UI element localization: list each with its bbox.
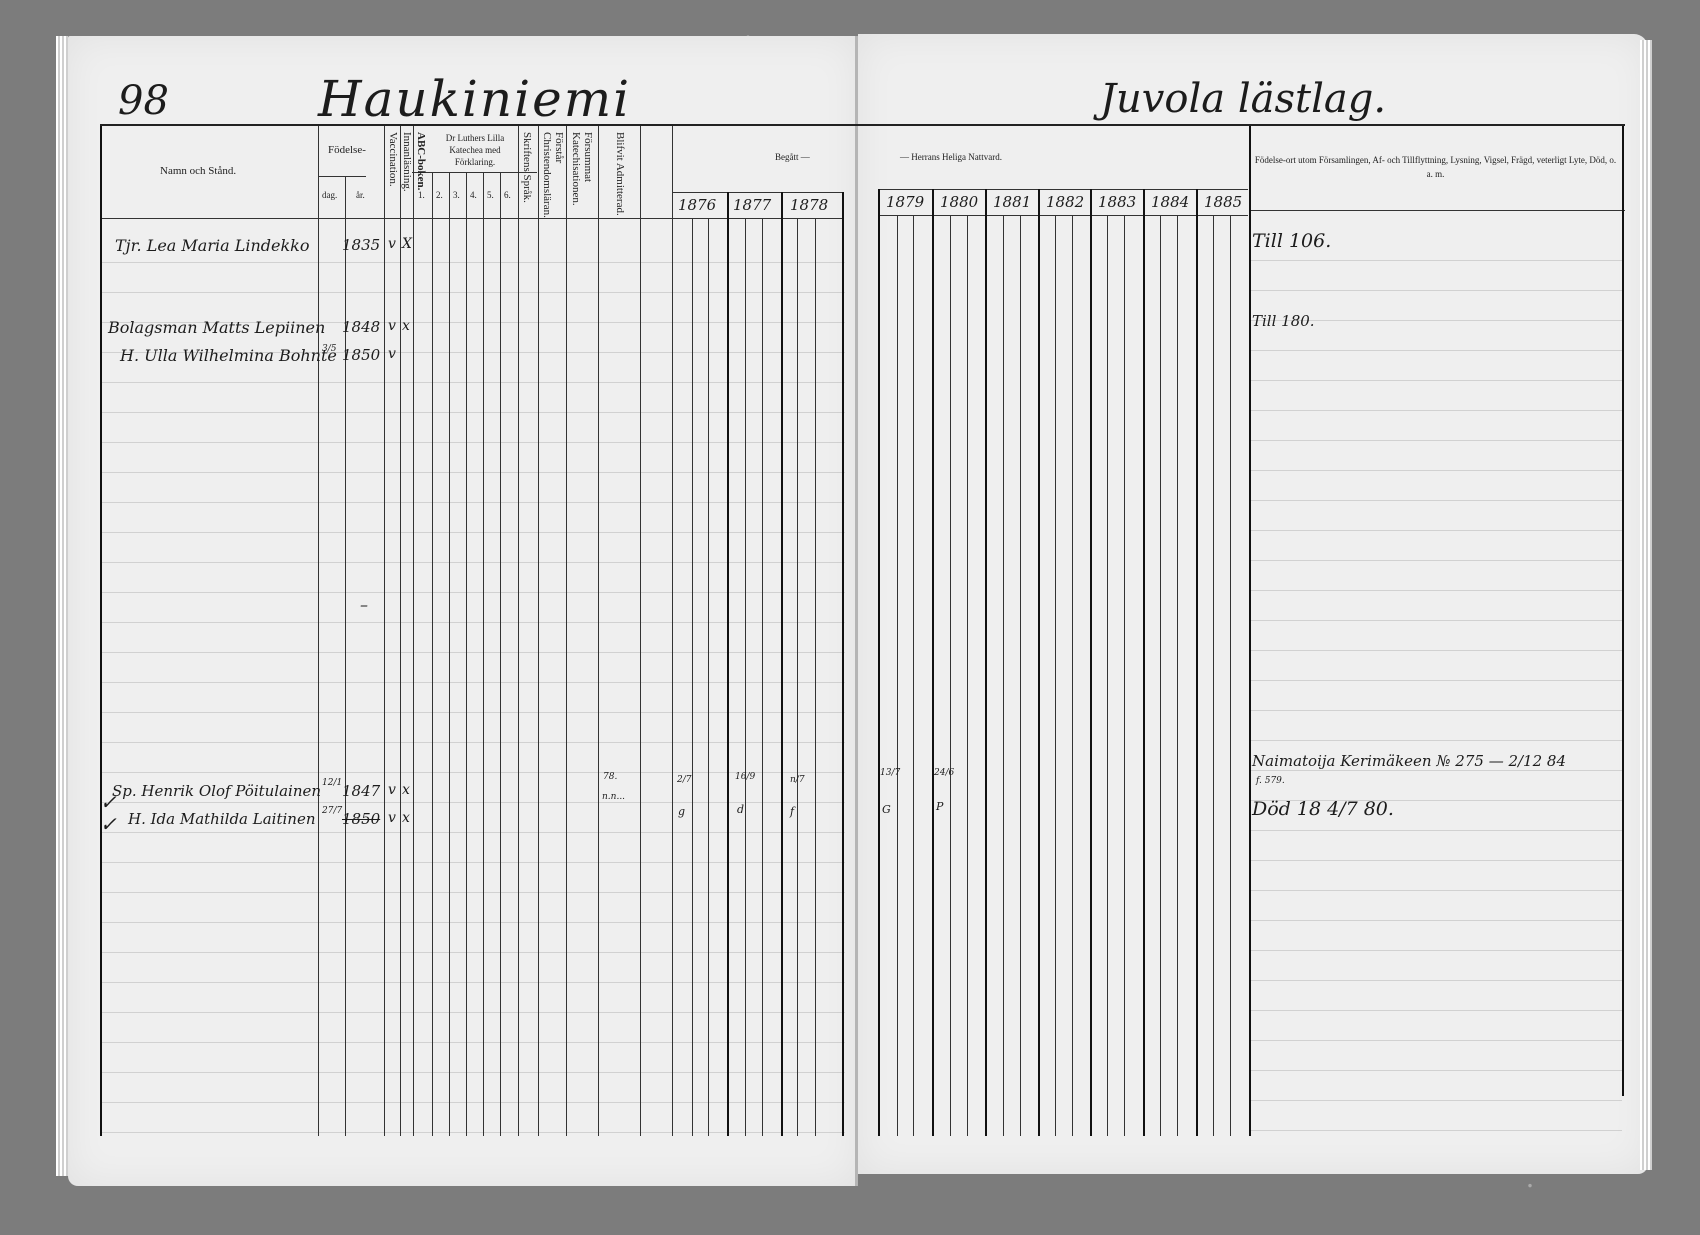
ruled-line	[100, 772, 845, 773]
ruled-line	[100, 472, 845, 473]
catechism-part-2: 2.	[436, 190, 443, 200]
ruled-line	[100, 742, 845, 743]
mark-1879-sign: G	[882, 803, 891, 816]
ruled-line	[1250, 830, 1622, 831]
entry-vacc: v	[388, 236, 396, 252]
entry-name: Bolagsman Matts Lepiinen	[108, 318, 325, 337]
ruled-line	[1250, 680, 1622, 681]
check-mark: ✓	[100, 812, 117, 836]
col-line	[413, 126, 414, 1136]
header-name: Namn och Stånd.	[160, 165, 236, 177]
header-catechisation: Försummat Katechisationen.	[572, 132, 594, 217]
ruled-line	[100, 952, 845, 953]
col-line	[1055, 215, 1056, 1136]
entry-read: x	[402, 318, 410, 334]
ruled-line	[100, 892, 845, 893]
remark-transfer-180: Till 180.	[1252, 312, 1315, 330]
header-top-rule-left	[100, 124, 860, 126]
col-line	[1177, 215, 1178, 1136]
ruled-line	[100, 1102, 845, 1103]
ruled-line	[100, 832, 845, 833]
col-line	[598, 126, 599, 1136]
col-line	[384, 126, 385, 1136]
header-scripture: Skriftens Språk.	[521, 132, 533, 217]
ruled-line	[1250, 500, 1622, 501]
ruled-line	[1250, 440, 1622, 441]
col-line	[400, 126, 401, 1136]
col-line	[483, 172, 484, 1136]
col-line	[745, 218, 746, 1136]
mark-1880-sign: P	[936, 800, 943, 813]
ruled-line	[1250, 1130, 1622, 1131]
mark-1876-date: 2/7	[677, 775, 691, 785]
ruled-line	[1250, 530, 1622, 531]
col-line	[913, 215, 914, 1136]
col-line	[1072, 215, 1073, 1136]
ruled-line	[1250, 350, 1622, 351]
header-birth-day: dag.	[322, 190, 337, 200]
village-title: Haukiniemi	[318, 70, 631, 128]
dash-mark: –	[360, 595, 368, 614]
ruled-line	[100, 562, 845, 563]
entry-name: H. Ulla Wilhelmina Bohnte	[120, 346, 337, 365]
mark-1877-date: 16/9	[735, 772, 755, 782]
page-edge-left	[56, 36, 68, 1176]
header-begatt: Begått —	[775, 152, 810, 162]
mark-1879-date: 13/7	[880, 768, 900, 778]
col-line	[950, 215, 951, 1136]
ruled-line	[100, 1132, 845, 1133]
ruled-line	[100, 382, 845, 383]
year-1880: 1880	[940, 193, 978, 211]
col-line	[500, 172, 501, 1136]
catechism-part-4: 4.	[470, 190, 477, 200]
entry-year: 1850	[342, 810, 380, 828]
col-line	[640, 126, 641, 1136]
mark-christendom-2: n.n...	[602, 792, 625, 802]
col-line	[432, 172, 433, 1136]
mark-1880-date: 24/6	[934, 768, 954, 778]
ruled-line	[1250, 1070, 1622, 1071]
remark-page-ref: f. 579.	[1256, 776, 1285, 786]
entry-day: 12/1	[322, 778, 342, 788]
entry-year: 1850	[342, 346, 380, 364]
mark-1876-sign: g	[678, 805, 685, 818]
col-line	[967, 215, 968, 1136]
remarks-column-border	[1249, 126, 1251, 1136]
col-line	[708, 218, 709, 1136]
header-christendom: Förstår Christendomsläran.	[543, 132, 565, 217]
ruled-line	[1250, 620, 1622, 621]
ruled-line	[100, 502, 845, 503]
lastlag-title: Juvola lästlag.	[1100, 76, 1386, 122]
col-line	[1020, 215, 1021, 1136]
ruled-line	[1250, 560, 1622, 561]
col-line	[538, 126, 539, 1136]
ruled-line	[100, 1012, 845, 1013]
left-table-border	[100, 126, 102, 1136]
page-number: 98	[118, 78, 169, 124]
ruled-line	[1250, 890, 1622, 891]
entry-year: 1848	[342, 318, 380, 336]
remarks-header-bottom	[1250, 210, 1625, 211]
col-line	[1107, 215, 1108, 1136]
year-col-line	[727, 192, 729, 1136]
mark-1878-date: n/7	[790, 775, 805, 785]
mark-1877-sign: d	[737, 803, 744, 816]
header-birth-year: år.	[356, 190, 365, 200]
ruled-line	[1250, 980, 1622, 981]
entry-vacc: v	[388, 810, 396, 826]
ruled-line	[100, 712, 845, 713]
col-line	[566, 126, 567, 1136]
col-line	[466, 172, 467, 1136]
year-col-line	[1090, 189, 1092, 1136]
col-line	[318, 126, 319, 1136]
mark-1878-sign: f	[790, 805, 794, 818]
ruled-line	[1250, 410, 1622, 411]
page-edge-right	[1640, 40, 1652, 1170]
remark-death: Död 18 4/7 80.	[1252, 798, 1394, 820]
col-line	[1230, 215, 1231, 1136]
ruled-line	[1250, 1100, 1622, 1101]
col-line	[1124, 215, 1125, 1136]
year-row-top-left	[672, 192, 842, 193]
ruled-line	[1250, 650, 1622, 651]
ruled-line	[1250, 1010, 1622, 1011]
year-col-line	[1196, 189, 1198, 1136]
year-col-line	[985, 189, 987, 1136]
ruled-line	[100, 1042, 845, 1043]
catechism-part-3: 3.	[453, 190, 460, 200]
mark-christendom: 78.	[603, 772, 617, 782]
ruled-line	[100, 442, 845, 443]
ruled-line	[100, 982, 845, 983]
year-1877: 1877	[733, 196, 771, 214]
birth-sub-rule	[318, 176, 366, 177]
year-1876: 1876	[678, 196, 716, 214]
ruled-line	[1250, 710, 1622, 711]
ruled-line	[100, 652, 845, 653]
header-birth: Födelse-	[328, 144, 366, 156]
ruled-line	[100, 292, 845, 293]
year-col-line	[878, 189, 880, 1136]
remark-transfer-106: Till 106.	[1252, 230, 1331, 252]
ruled-line	[100, 682, 845, 683]
ruled-line	[100, 862, 845, 863]
entry-year: 1847	[342, 782, 380, 800]
entry-name: Sp. Henrik Olof Pöitulainen	[112, 782, 321, 800]
catechism-part-6: 6.	[504, 190, 511, 200]
entry-name: Tjr. Lea Maria Lindekko	[115, 236, 310, 255]
ruled-line	[1250, 380, 1622, 381]
year-1879: 1879	[886, 193, 924, 211]
year-1881: 1881	[993, 193, 1031, 211]
entry-day: 27/7	[322, 806, 342, 816]
entry-day: 3/5	[322, 344, 336, 354]
entry-year: 1835	[342, 236, 380, 254]
book-gutter	[855, 36, 858, 1186]
year-col-line	[781, 192, 783, 1136]
col-line	[672, 126, 673, 1136]
header-bottom-rule-left	[100, 218, 842, 219]
col-line	[762, 218, 763, 1136]
col-line	[1213, 215, 1214, 1136]
entry-read: X	[402, 236, 412, 252]
catechism-part-5: 5.	[487, 190, 494, 200]
col-line	[797, 218, 798, 1136]
header-abc-book: ABC-boken.	[415, 132, 427, 212]
entry-vacc: v	[388, 782, 396, 798]
year-1878: 1878	[790, 196, 828, 214]
col-line	[518, 126, 519, 1136]
ruled-line	[100, 592, 845, 593]
header-remarks: Födelse-ort utom Församlingen, Af- och T…	[1253, 153, 1618, 181]
ruled-line	[1250, 770, 1622, 771]
year-col-line	[1038, 189, 1040, 1136]
header-vaccination: Vaccination.	[387, 132, 399, 212]
entry-read: x	[402, 782, 410, 798]
ruled-line	[1250, 1040, 1622, 1041]
ruled-line	[1250, 860, 1622, 861]
ruled-line	[1250, 260, 1622, 261]
header-admitted: Blifvit Admitterad.	[604, 132, 626, 217]
ruled-line	[1250, 920, 1622, 921]
year-1885: 1885	[1204, 193, 1242, 211]
right-table-border	[1622, 126, 1624, 1096]
year-col-line	[842, 192, 844, 1136]
ruled-line	[100, 412, 845, 413]
year-col-line	[1143, 189, 1145, 1136]
ruled-line	[100, 922, 845, 923]
entry-name: H. Ida Mathilda Laitinen	[128, 810, 315, 828]
ruled-line	[1250, 290, 1622, 291]
ruled-line	[1250, 950, 1622, 951]
entry-vacc: v	[388, 318, 396, 334]
year-col-line	[932, 189, 934, 1136]
col-line	[815, 218, 816, 1136]
year-1884: 1884	[1151, 193, 1189, 211]
ruled-line	[1250, 590, 1622, 591]
ruled-line	[1250, 740, 1622, 741]
ruled-line	[100, 622, 845, 623]
ruled-line	[100, 1072, 845, 1073]
remark-marriage: Naimatoija Kerimäkeen № 275 — 2/12 84	[1252, 752, 1566, 770]
header-catechism: Dr Luthers Lilla Katechea med Förklaring…	[430, 132, 520, 168]
header-communion: — Herrans Heliga Nattvard.	[900, 152, 1002, 162]
col-line	[1003, 215, 1004, 1136]
header-inoculation: Innanläsning.	[401, 132, 413, 212]
ruled-line	[100, 802, 845, 803]
year-1883: 1883	[1098, 193, 1136, 211]
col-line	[1160, 215, 1161, 1136]
entry-vacc: v	[388, 346, 396, 362]
year-1882: 1882	[1046, 193, 1084, 211]
ruled-line	[100, 532, 845, 533]
col-line	[449, 172, 450, 1136]
ruled-line	[100, 262, 845, 263]
catechism-part-1: 1.	[418, 190, 425, 200]
ruled-line	[1250, 470, 1622, 471]
header-top-rule-right	[860, 124, 1625, 126]
entry-read: x	[402, 810, 410, 826]
col-line	[897, 215, 898, 1136]
col-line	[692, 218, 693, 1136]
